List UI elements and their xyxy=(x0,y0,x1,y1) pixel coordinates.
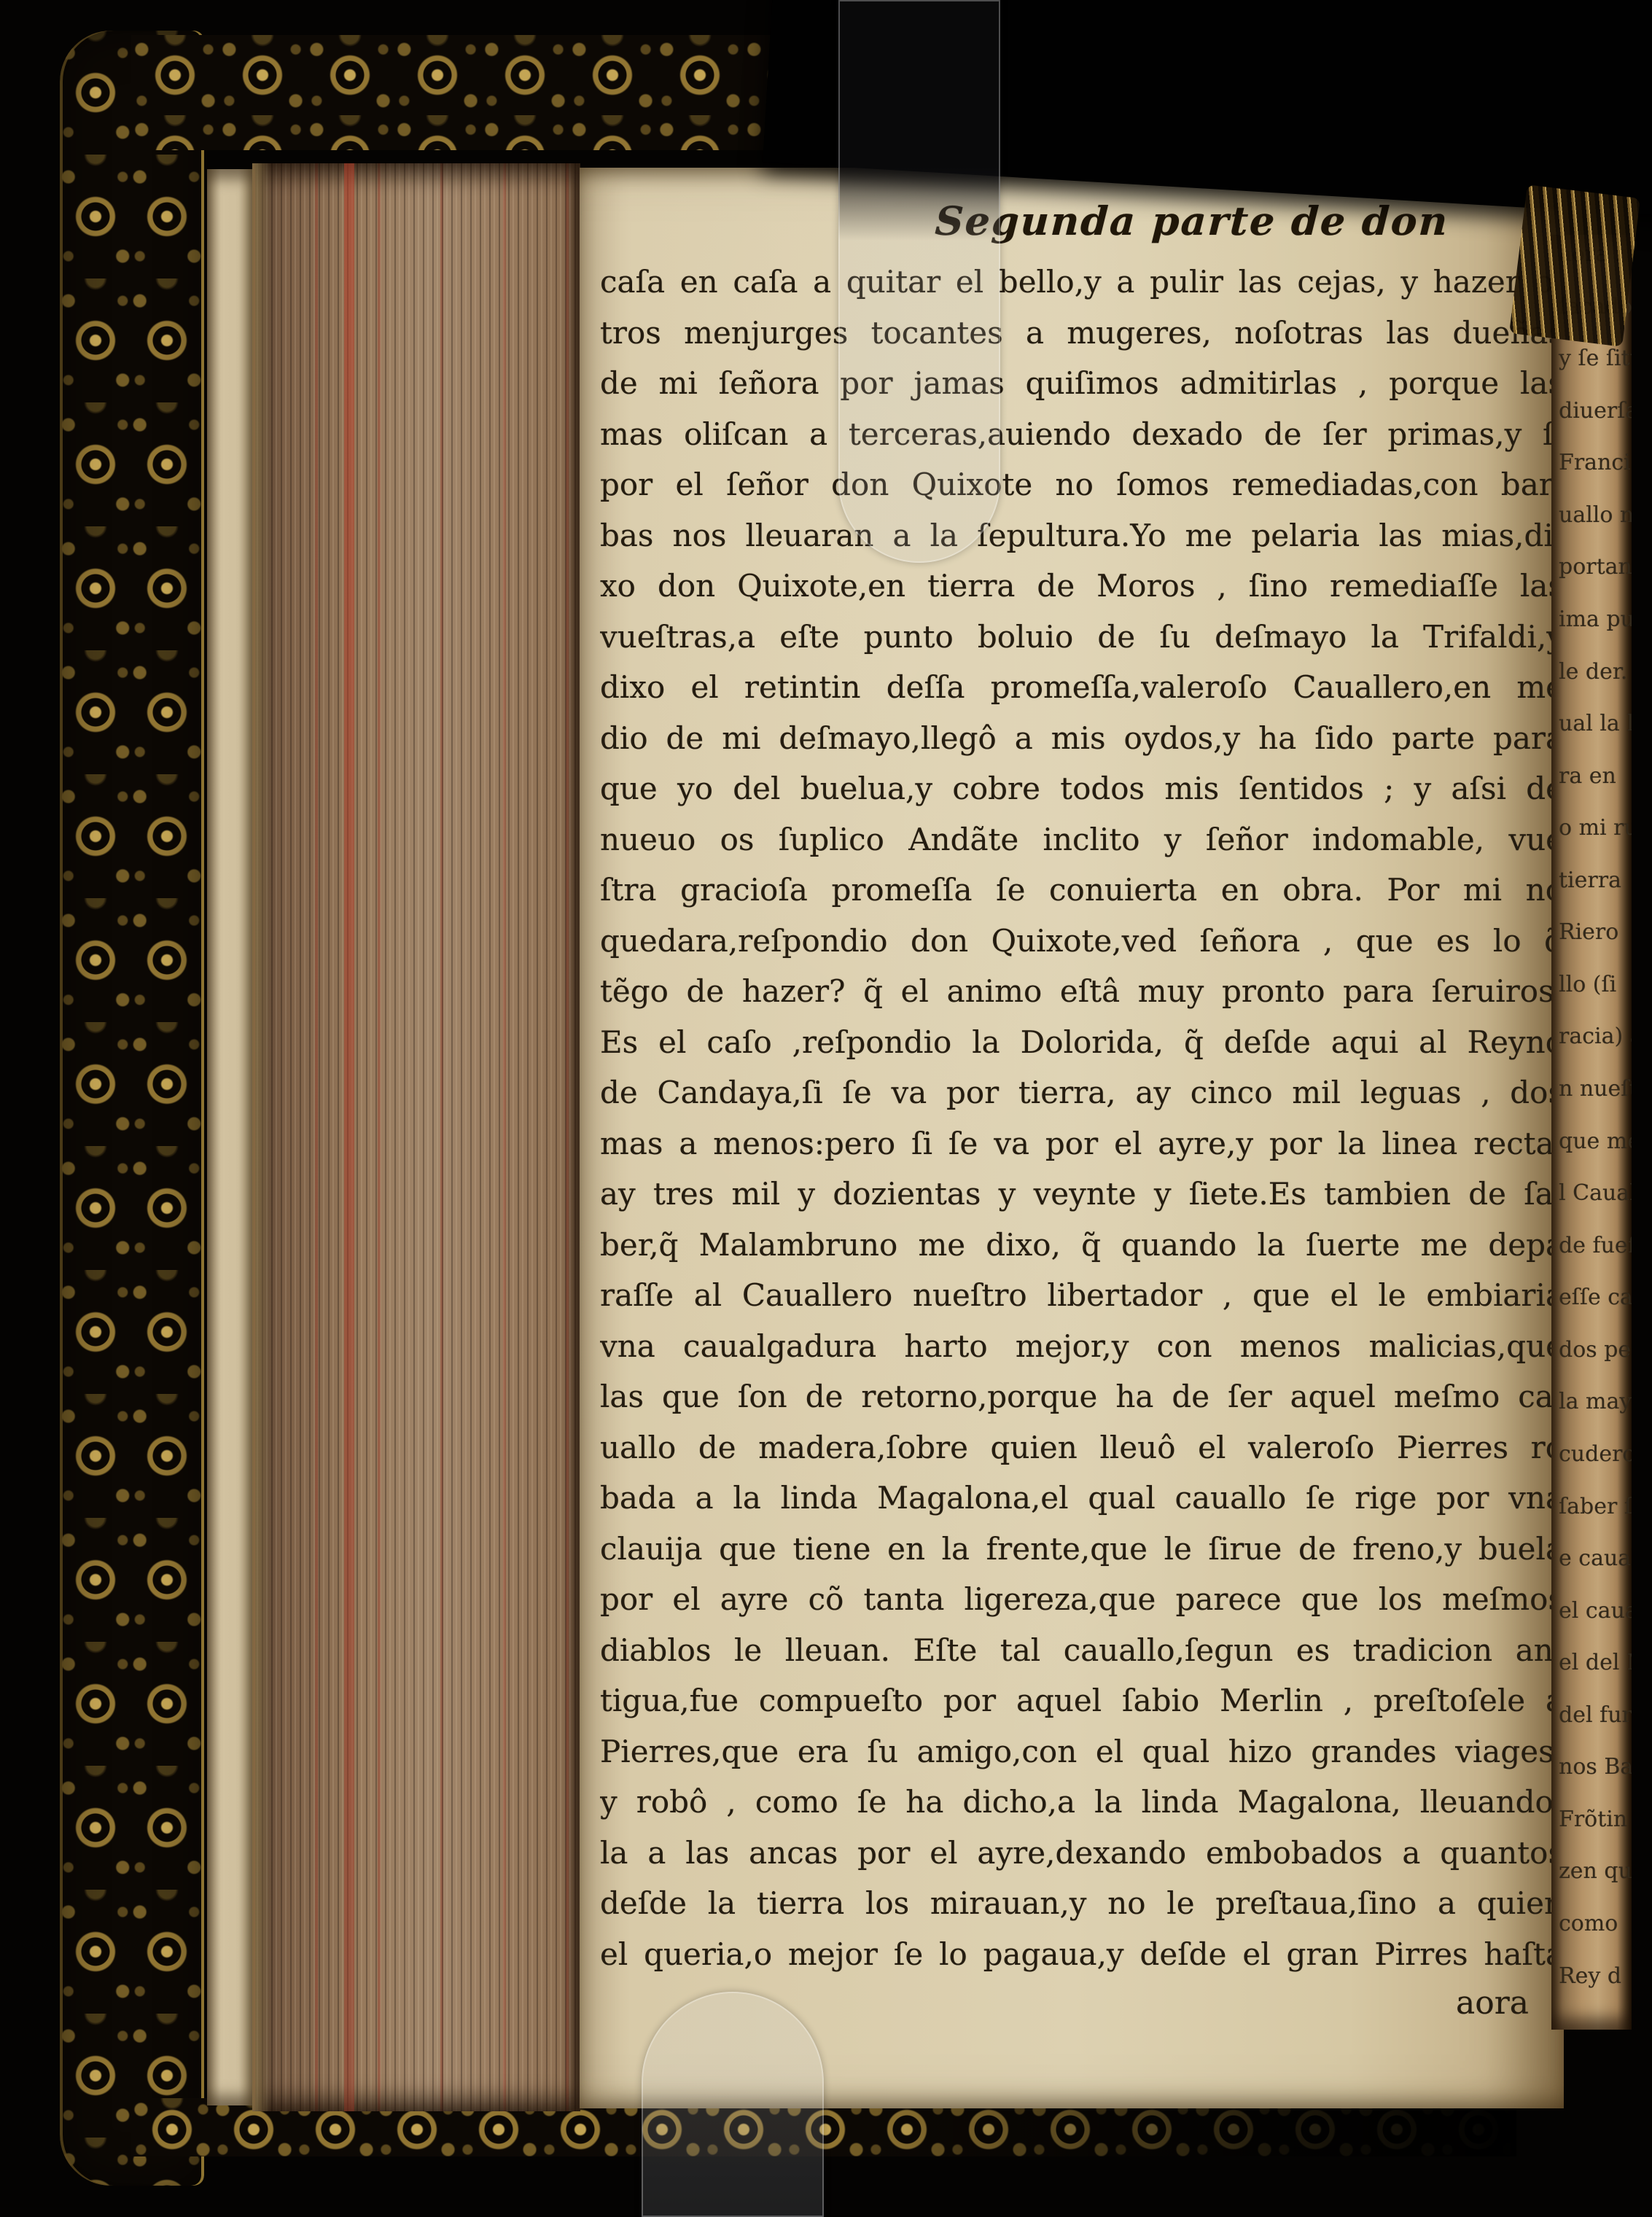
fore-edge-fragment: que me xyxy=(1559,1131,1632,1153)
text-line: bada a la linda Magalona,el qual cauallo… xyxy=(600,1473,1564,1524)
fore-edge-fragment: cudero xyxy=(1559,1443,1632,1465)
fore-edge-fragment: ima pu xyxy=(1559,609,1632,631)
page-edge-stack xyxy=(252,163,580,2111)
fore-edge-fragment: el del M xyxy=(1559,1652,1632,1674)
text-line: quedara,reſpondio don Quixote,ved ſeñora… xyxy=(600,916,1564,967)
text-line: Pierres,que era ſu amigo,con el qual hiz… xyxy=(600,1726,1564,1777)
fore-edge-fragment: Francia xyxy=(1559,452,1632,474)
text-line: bas nos lleuaran a la ſepultura.Yo me pe… xyxy=(600,510,1564,561)
fore-edge-fragment: la mayo xyxy=(1559,1391,1632,1413)
fore-edge-fragment: el caual xyxy=(1559,1600,1632,1622)
text-line: tẽgo de hazer? q̃ el animo eſtâ muy pron… xyxy=(600,966,1564,1017)
text-line: tros menjurges tocantes a mugeres, noſot… xyxy=(600,308,1564,359)
facing-leaf-fore-edge: aora nſacadoy ſe ſitudiuerſaFranciauallo… xyxy=(1551,235,1632,2030)
book-photograph: Segunda parte de don caſa en caſa a quit… xyxy=(0,0,1652,2217)
clear-tab-top xyxy=(838,0,1000,563)
fore-edge-fragment: como xyxy=(1559,1913,1632,1935)
gilt-border-left xyxy=(60,31,204,2186)
fore-edge-fragment: Rey d xyxy=(1559,1965,1632,1987)
fore-edge-fragment: diuerſa xyxy=(1559,400,1632,422)
fore-edge-fragment: ſaber ſe xyxy=(1559,1496,1632,1518)
fore-edge-fragment: nos Ba xyxy=(1559,1756,1632,1778)
fore-edge-text: aora nſacadoy ſe ſitudiuerſaFranciauallo… xyxy=(1559,243,1632,1987)
fore-edge-fragment: y ſe ſitu xyxy=(1559,348,1632,370)
text-line: caſa en caſa a quitar el bello,y a pulir… xyxy=(600,257,1564,308)
fore-edge-fragment: n nueſt xyxy=(1559,1078,1632,1100)
body-text: caſa en caſa a quitar el bello,y a pulir… xyxy=(600,257,1564,1979)
fore-edge-fragment: o mi ru xyxy=(1559,817,1632,839)
fore-edge-fragment: llo (ſi xyxy=(1559,974,1632,996)
fore-edge-fragment: Riero xyxy=(1559,922,1632,943)
text-line: las que ſon de retorno,porque ha de ſer … xyxy=(600,1371,1564,1422)
text-line: que yo del buelua,y cobre todos mis ſent… xyxy=(600,763,1564,814)
fore-edge-fragment: ra en xyxy=(1559,765,1632,787)
text-line: el queria,o mejor ſe lo pagaua,y deſde e… xyxy=(600,1929,1564,1980)
text-line: mas a menos:pero ſi ſe va por el ayre,y … xyxy=(600,1118,1564,1169)
text-line: ay tres mil y dozientas y veynte y ſiete… xyxy=(600,1169,1564,1220)
gilded-fore-edge-corner xyxy=(1509,184,1640,346)
fore-edge-fragment: uallo ni xyxy=(1559,504,1632,526)
fore-edge-fragment: tierra xyxy=(1559,870,1632,892)
text-line: tigua,fue compueſto por aquel ſabio Merl… xyxy=(600,1675,1564,1726)
fore-edge-fragment: ual la li xyxy=(1559,713,1632,735)
text-line: y robô , como ſe ha dicho,a la linda Mag… xyxy=(600,1777,1564,1828)
text-line: ber,q̃ Malambruno me dixo, q̃ quando la … xyxy=(600,1220,1564,1271)
text-line: dio de mi deſmayo,llegô a mis oydos,y ha… xyxy=(600,713,1564,764)
endpaper-edge xyxy=(207,169,252,2105)
fore-edge-fragment: dos perſo xyxy=(1559,1339,1632,1361)
text-line: diablos le lleuan. Eſte tal cauallo,ſegu… xyxy=(600,1625,1564,1676)
fore-edge-fragment: le der. xyxy=(1559,661,1632,683)
text-line: raſſe al Cauallero nueſtro libertador , … xyxy=(600,1270,1564,1321)
fore-edge-fragment: l Caual xyxy=(1559,1182,1632,1204)
text-line: xo don Quixote,en tierra de Moros , ſino… xyxy=(600,561,1564,612)
fore-edge-fragment: eſſe caua xyxy=(1559,1287,1632,1309)
text-line: dixo el retintin deſſa promeſſa,valeroſo… xyxy=(600,662,1564,713)
book-page: Segunda parte de don caſa en caſa a quit… xyxy=(580,168,1564,2108)
fore-edge-fragment: portant xyxy=(1559,556,1632,578)
fore-edge-fragment: Frõtin xyxy=(1559,1809,1632,1831)
clear-tab-bottom xyxy=(642,1992,824,2217)
text-line: por el ſeñor don Quixote no ſomos remedi… xyxy=(600,459,1564,510)
catchword: aora xyxy=(1456,1984,1529,2022)
fore-edge-fragment: de fueſſe xyxy=(1559,1235,1632,1257)
text-line: nueuo os ſuplico Andãte inclito y ſeñor … xyxy=(600,814,1564,865)
text-line: ſtra gracioſa promeſſa ſe conuierta en o… xyxy=(600,865,1564,916)
text-line: mas oliſcan a terceras,auiendo dexado de… xyxy=(600,409,1564,460)
text-line: deſde la tierra los mirauan,y no le preſ… xyxy=(600,1878,1564,1929)
text-line: de mi ſeñora por jamas quiſimos admitirl… xyxy=(600,358,1564,409)
fore-edge-fragment: zen qu xyxy=(1559,1861,1632,1882)
fore-edge-fragment: del furi xyxy=(1559,1704,1632,1726)
fore-edge-fragment: racia) a xyxy=(1559,1026,1632,1048)
text-line: por el ayre cõ tanta ligereza,que parece… xyxy=(600,1574,1564,1625)
text-line: vna caualgadura harto mejor,y con menos … xyxy=(600,1321,1564,1372)
text-line: uallo de madera,ſobre quien lleuô el val… xyxy=(600,1422,1564,1473)
text-line: vueſtras,a eſte punto boluio de ſu deſma… xyxy=(600,612,1564,663)
text-line: clauija que tiene en la frente,que le ſi… xyxy=(600,1524,1564,1575)
text-line: de Candaya,ſi ſe va por tierra, ay cinco… xyxy=(600,1067,1564,1118)
text-line: la a las ancas por el ayre,dexando embob… xyxy=(600,1828,1564,1879)
text-line: Es el caſo ,reſpondio la Dolorida, q̃ de… xyxy=(600,1017,1564,1068)
fore-edge-fragment: e caual xyxy=(1559,1548,1632,1570)
